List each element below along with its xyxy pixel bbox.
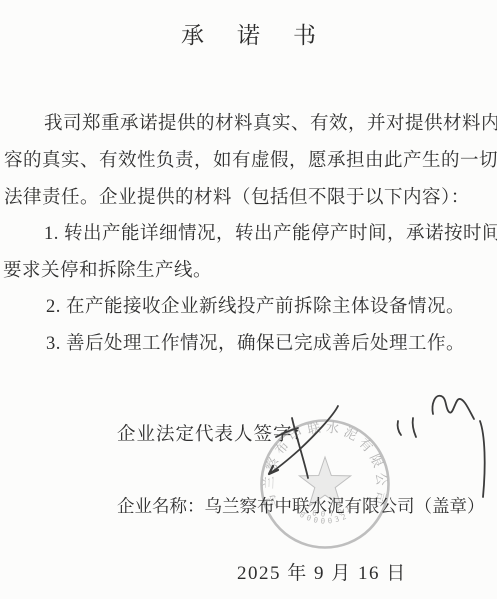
document-title: 承诺书 bbox=[0, 17, 497, 50]
body-paragraph-line: 容的真实、有效性负责，如有虚假，愿承担由此产生的一切 bbox=[4, 149, 497, 173]
signature-tick-1 bbox=[398, 421, 401, 435]
signature-squiggle bbox=[432, 396, 474, 419]
list-item-2-line: 2. 在产能接收企业新线投产前拆除主体设备情况。 bbox=[46, 295, 465, 319]
commitment-letter-document: 承诺书 我司郑重承诺提供的材料真实、有效，并对提供材料内 容的真实、有效性负责，… bbox=[0, 0, 497, 599]
signature-tail bbox=[480, 421, 485, 497]
list-item-3-line: 3. 善后处理工作情况，确保已完成善后处理工作。 bbox=[46, 332, 465, 356]
body-paragraph-line: 我司郑重承诺提供的材料真实、有效，并对提供材料内 bbox=[44, 112, 497, 136]
body-paragraph-line: 法律责任。企业提供的材料（包括但不限于以下内容）： bbox=[4, 186, 470, 210]
handwritten-signature bbox=[255, 380, 495, 505]
list-item-1-line: 要求关停和拆除生产线。 bbox=[3, 259, 212, 283]
signature-stroke-bar bbox=[276, 428, 298, 437]
signature-stroke-cross bbox=[292, 418, 308, 478]
signature-tick-2 bbox=[413, 418, 416, 437]
list-item-1-line: 1. 转出产能详细情况，转出产能停产时间，承诺按时间 bbox=[44, 222, 497, 246]
document-date: 2025 年 9 月 16 日 bbox=[237, 562, 407, 586]
